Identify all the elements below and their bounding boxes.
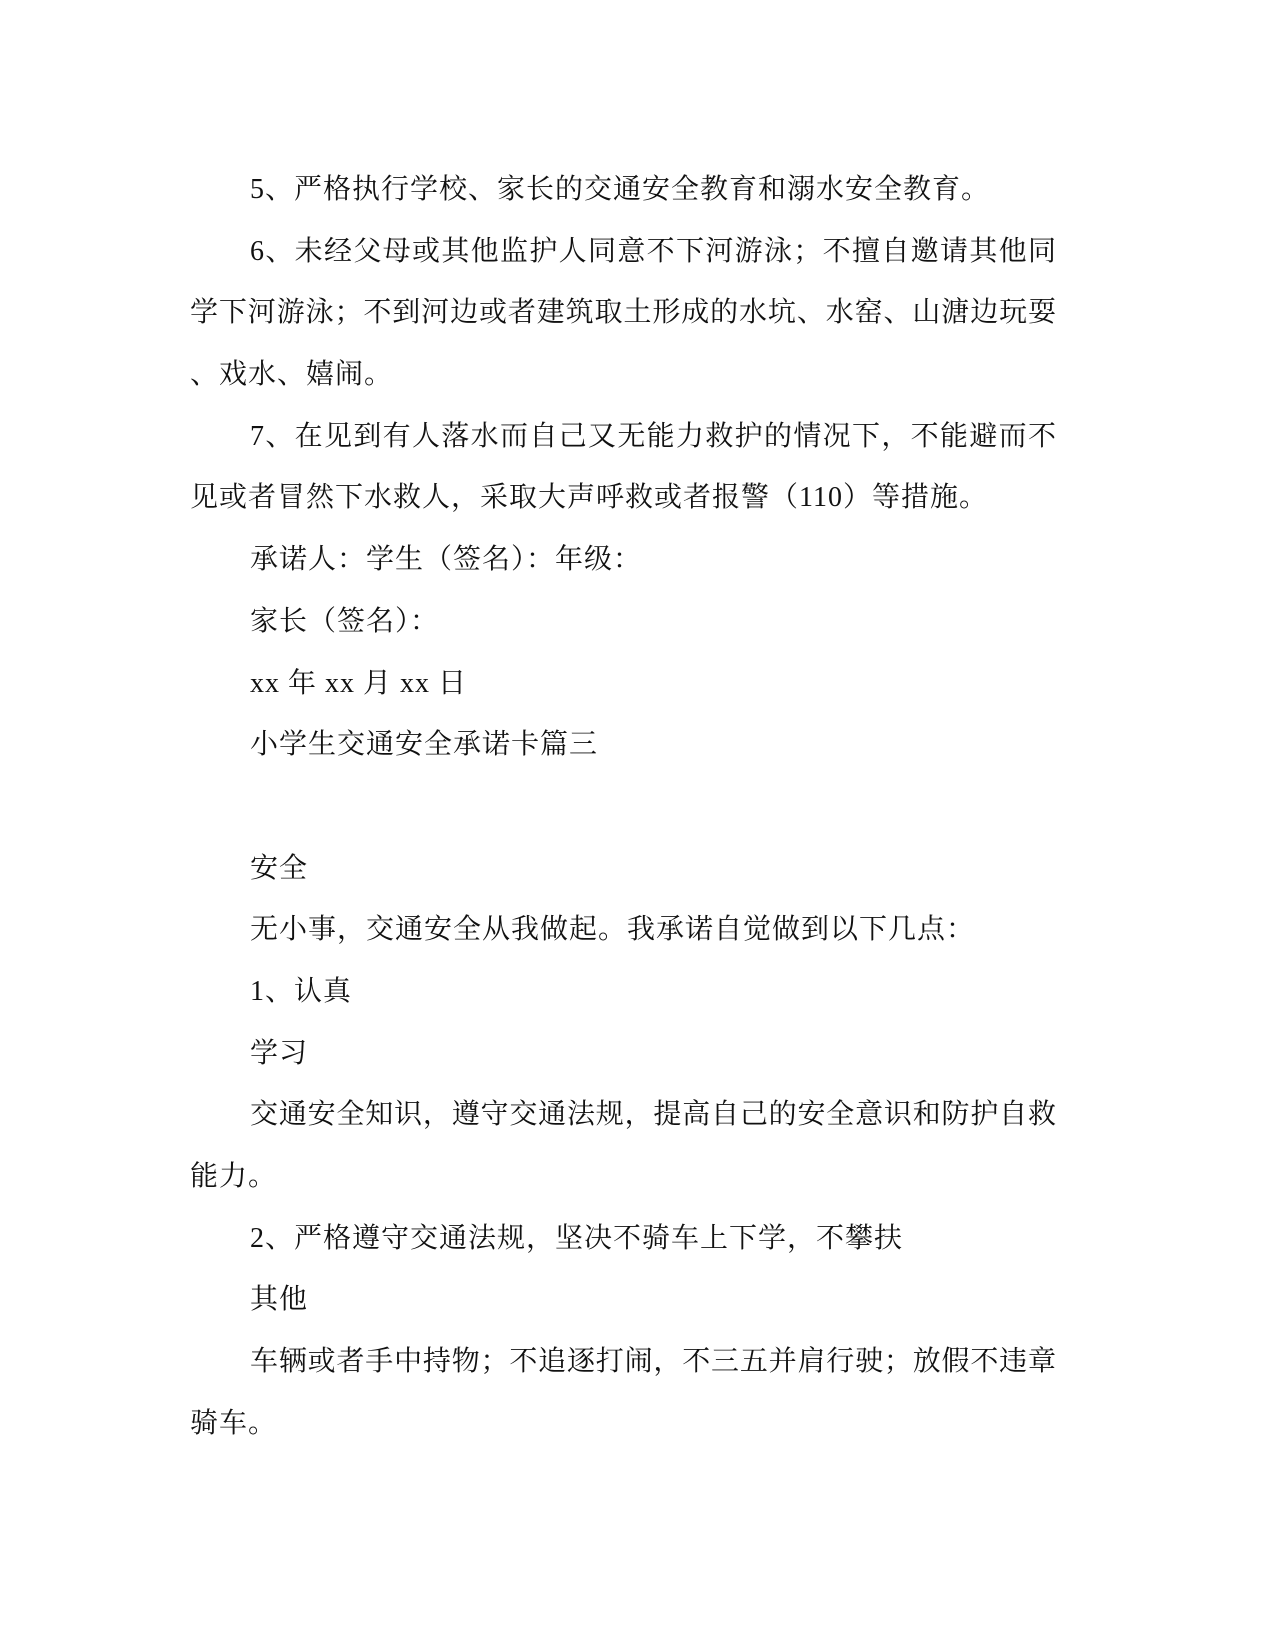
text-line: 车辆或者手中持物；不追逐打闹，不三五并肩行驶；放假不违章 — [190, 1331, 1056, 1393]
text-line: 学下河游泳；不到河边或者建筑取土形成的水坑、水窑、山溏边玩耍 — [190, 282, 1056, 344]
text-line: xx 年 xx 月 xx 日 — [190, 653, 1056, 715]
text-line: 2、严格遵守交通法规，坚决不骑车上下学，不攀扶 — [190, 1208, 1056, 1270]
text-line: 交通安全知识，遵守交通法规，提高自己的安全意识和防护自救 — [190, 1084, 1056, 1146]
text-line: 无小事，交通安全从我做起。我承诺自觉做到以下几点： — [190, 899, 1056, 961]
text-line: 见或者冒然下水救人，采取大声呼救或者报警（110）等措施。 — [190, 467, 1056, 529]
text-line: 1、认真 — [190, 961, 1056, 1023]
text-line: 7、在见到有人落水而自己又无能力救护的情况下，不能避而不 — [190, 406, 1056, 468]
text-line: 其他 — [190, 1269, 1056, 1331]
text-line: 小学生交通安全承诺卡篇三 — [190, 714, 1056, 776]
blank-line — [190, 776, 1056, 838]
text-line: 家长（签名）： — [190, 591, 1056, 653]
document-page: 5、严格执行学校、家长的交通安全教育和溺水安全教育。6、未经父母或其他监护人同意… — [0, 0, 1275, 1650]
text-line: 安全 — [190, 838, 1056, 900]
text-line: 6、未经父母或其他监护人同意不下河游泳；不擅自邀请其他同 — [190, 221, 1056, 283]
text-line: 能力。 — [190, 1146, 1056, 1208]
text-line: 骑车。 — [190, 1393, 1056, 1455]
text-block: 5、严格执行学校、家长的交通安全教育和溺水安全教育。6、未经父母或其他监护人同意… — [190, 159, 1056, 1454]
text-line: 承诺人：学生（签名）：年级： — [190, 529, 1056, 591]
text-line: 、戏水、嬉闹。 — [190, 344, 1056, 406]
text-line: 学习 — [190, 1023, 1056, 1085]
text-line: 5、严格执行学校、家长的交通安全教育和溺水安全教育。 — [190, 159, 1056, 221]
